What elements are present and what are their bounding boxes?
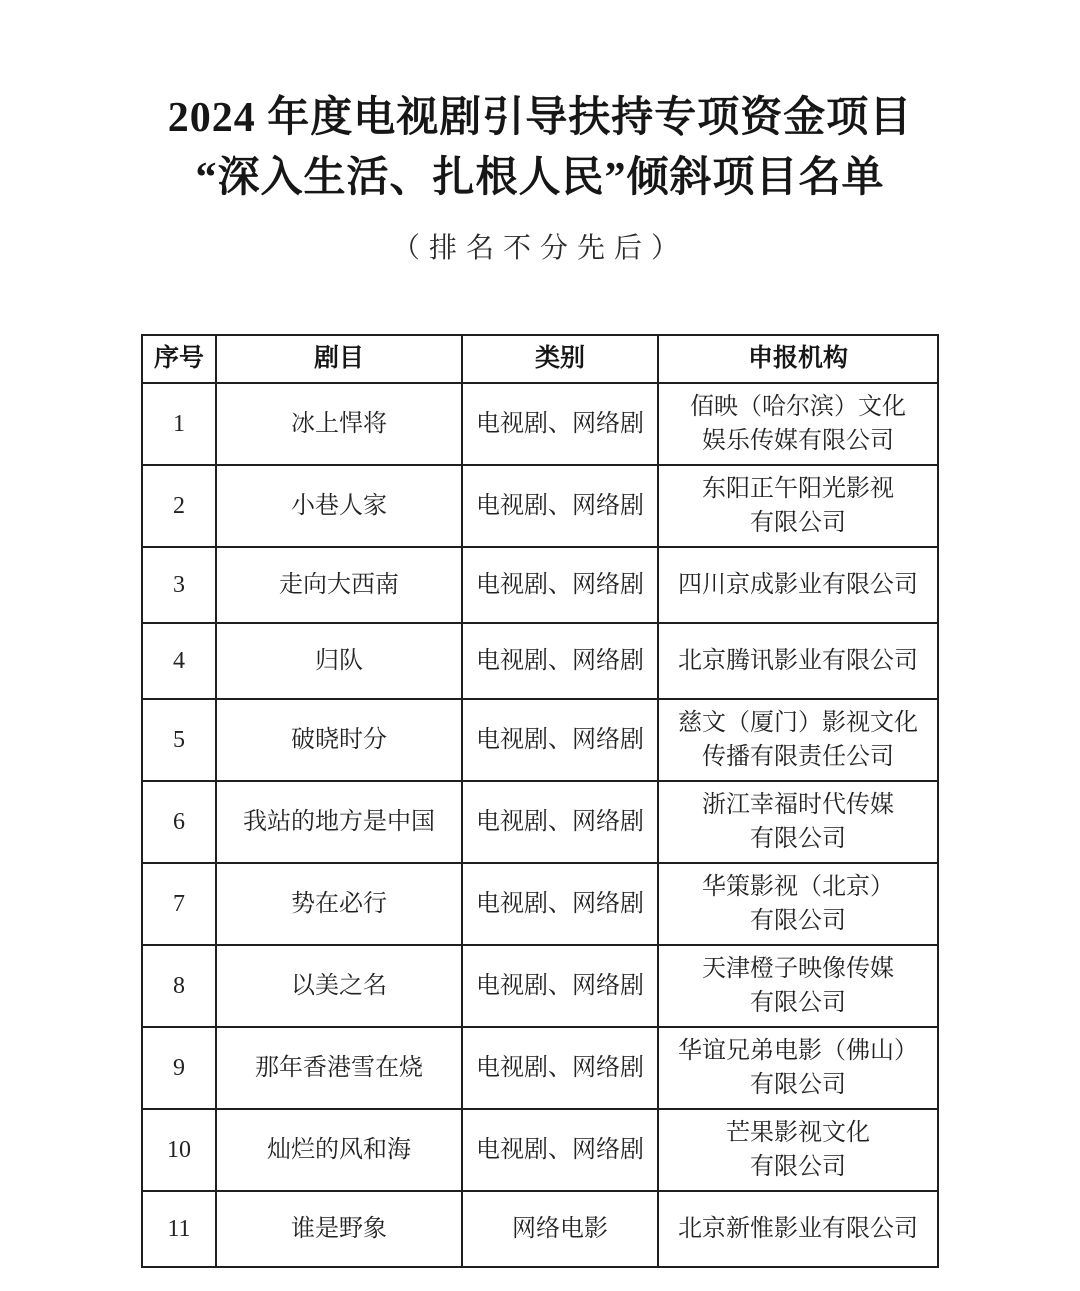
cell-title: 势在必行: [216, 863, 462, 945]
cell-no: 3: [142, 547, 216, 623]
cell-category: 电视剧、网络剧: [462, 623, 658, 699]
document-page: 2024 年度电视剧引导扶持专项资金项目 “深入生活、扎根人民”倾斜项目名单 （…: [0, 0, 1080, 1291]
cell-org: 北京腾讯影业有限公司: [658, 623, 938, 699]
table-row: 8 以美之名 电视剧、网络剧 天津橙子映像传媒 有限公司: [142, 945, 938, 1027]
table-row: 4 归队 电视剧、网络剧 北京腾讯影业有限公司: [142, 623, 938, 699]
cell-org: 北京新惟影业有限公司: [658, 1191, 938, 1267]
cell-title: 走向大西南: [216, 547, 462, 623]
cell-org: 浙江幸福时代传媒 有限公司: [658, 781, 938, 863]
cell-no: 4: [142, 623, 216, 699]
cell-category: 电视剧、网络剧: [462, 1109, 658, 1191]
cell-category: 电视剧、网络剧: [462, 1027, 658, 1109]
cell-no: 11: [142, 1191, 216, 1267]
cell-org: 芒果影视文化 有限公司: [658, 1109, 938, 1191]
page-title-line-2: “深入生活、扎根人民”倾斜项目名单: [0, 148, 1080, 208]
column-header-title: 剧目: [216, 335, 462, 383]
cell-org: 华策影视（北京） 有限公司: [658, 863, 938, 945]
cell-no: 5: [142, 699, 216, 781]
cell-category: 电视剧、网络剧: [462, 465, 658, 547]
cell-title: 灿烂的风和海: [216, 1109, 462, 1191]
table-row: 10 灿烂的风和海 电视剧、网络剧 芒果影视文化 有限公司: [142, 1109, 938, 1191]
cell-category: 网络电影: [462, 1191, 658, 1267]
cell-org: 佰映（哈尔滨）文化 娱乐传媒有限公司: [658, 383, 938, 465]
cell-no: 6: [142, 781, 216, 863]
cell-title: 以美之名: [216, 945, 462, 1027]
table-row: 9 那年香港雪在烧 电视剧、网络剧 华谊兄弟电影（佛山） 有限公司: [142, 1027, 938, 1109]
cell-category: 电视剧、网络剧: [462, 781, 658, 863]
cell-no: 8: [142, 945, 216, 1027]
cell-no: 9: [142, 1027, 216, 1109]
table-row: 11 谁是野象 网络电影 北京新惟影业有限公司: [142, 1191, 938, 1267]
cell-category: 电视剧、网络剧: [462, 699, 658, 781]
cell-org: 四川京成影业有限公司: [658, 547, 938, 623]
cell-title: 我站的地方是中国: [216, 781, 462, 863]
cell-title: 小巷人家: [216, 465, 462, 547]
cell-title: 归队: [216, 623, 462, 699]
cell-no: 1: [142, 383, 216, 465]
cell-no: 2: [142, 465, 216, 547]
page-subtitle: （排名不分先后）: [0, 226, 1080, 266]
cell-category: 电视剧、网络剧: [462, 945, 658, 1027]
table-row: 6 我站的地方是中国 电视剧、网络剧 浙江幸福时代传媒 有限公司: [142, 781, 938, 863]
cell-no: 10: [142, 1109, 216, 1191]
table-row: 5 破晓时分 电视剧、网络剧 慈文（厦门）影视文化 传播有限责任公司: [142, 699, 938, 781]
table-row: 2 小巷人家 电视剧、网络剧 东阳正午阳光影视 有限公司: [142, 465, 938, 547]
cell-org: 慈文（厦门）影视文化 传播有限责任公司: [658, 699, 938, 781]
cell-category: 电视剧、网络剧: [462, 547, 658, 623]
cell-title: 冰上悍将: [216, 383, 462, 465]
cell-title: 破晓时分: [216, 699, 462, 781]
column-header-no: 序号: [142, 335, 216, 383]
cell-category: 电视剧、网络剧: [462, 863, 658, 945]
cell-org: 东阳正午阳光影视 有限公司: [658, 465, 938, 547]
table-row: 1 冰上悍将 电视剧、网络剧 佰映（哈尔滨）文化 娱乐传媒有限公司: [142, 383, 938, 465]
table-row: 3 走向大西南 电视剧、网络剧 四川京成影业有限公司: [142, 547, 938, 623]
cell-title: 谁是野象: [216, 1191, 462, 1267]
column-header-category: 类别: [462, 335, 658, 383]
page-title-line-1: 2024 年度电视剧引导扶持专项资金项目: [0, 88, 1080, 148]
page-title: 2024 年度电视剧引导扶持专项资金项目 “深入生活、扎根人民”倾斜项目名单: [0, 0, 1080, 208]
cell-title: 那年香港雪在烧: [216, 1027, 462, 1109]
project-list-table: 序号 剧目 类别 申报机构 1 冰上悍将 电视剧、网络剧 佰映（哈尔滨）文化 娱…: [141, 334, 939, 1268]
cell-category: 电视剧、网络剧: [462, 383, 658, 465]
column-header-org: 申报机构: [658, 335, 938, 383]
cell-org: 华谊兄弟电影（佛山） 有限公司: [658, 1027, 938, 1109]
cell-no: 7: [142, 863, 216, 945]
table-row: 7 势在必行 电视剧、网络剧 华策影视（北京） 有限公司: [142, 863, 938, 945]
table-header-row: 序号 剧目 类别 申报机构: [142, 335, 938, 383]
cell-org: 天津橙子映像传媒 有限公司: [658, 945, 938, 1027]
